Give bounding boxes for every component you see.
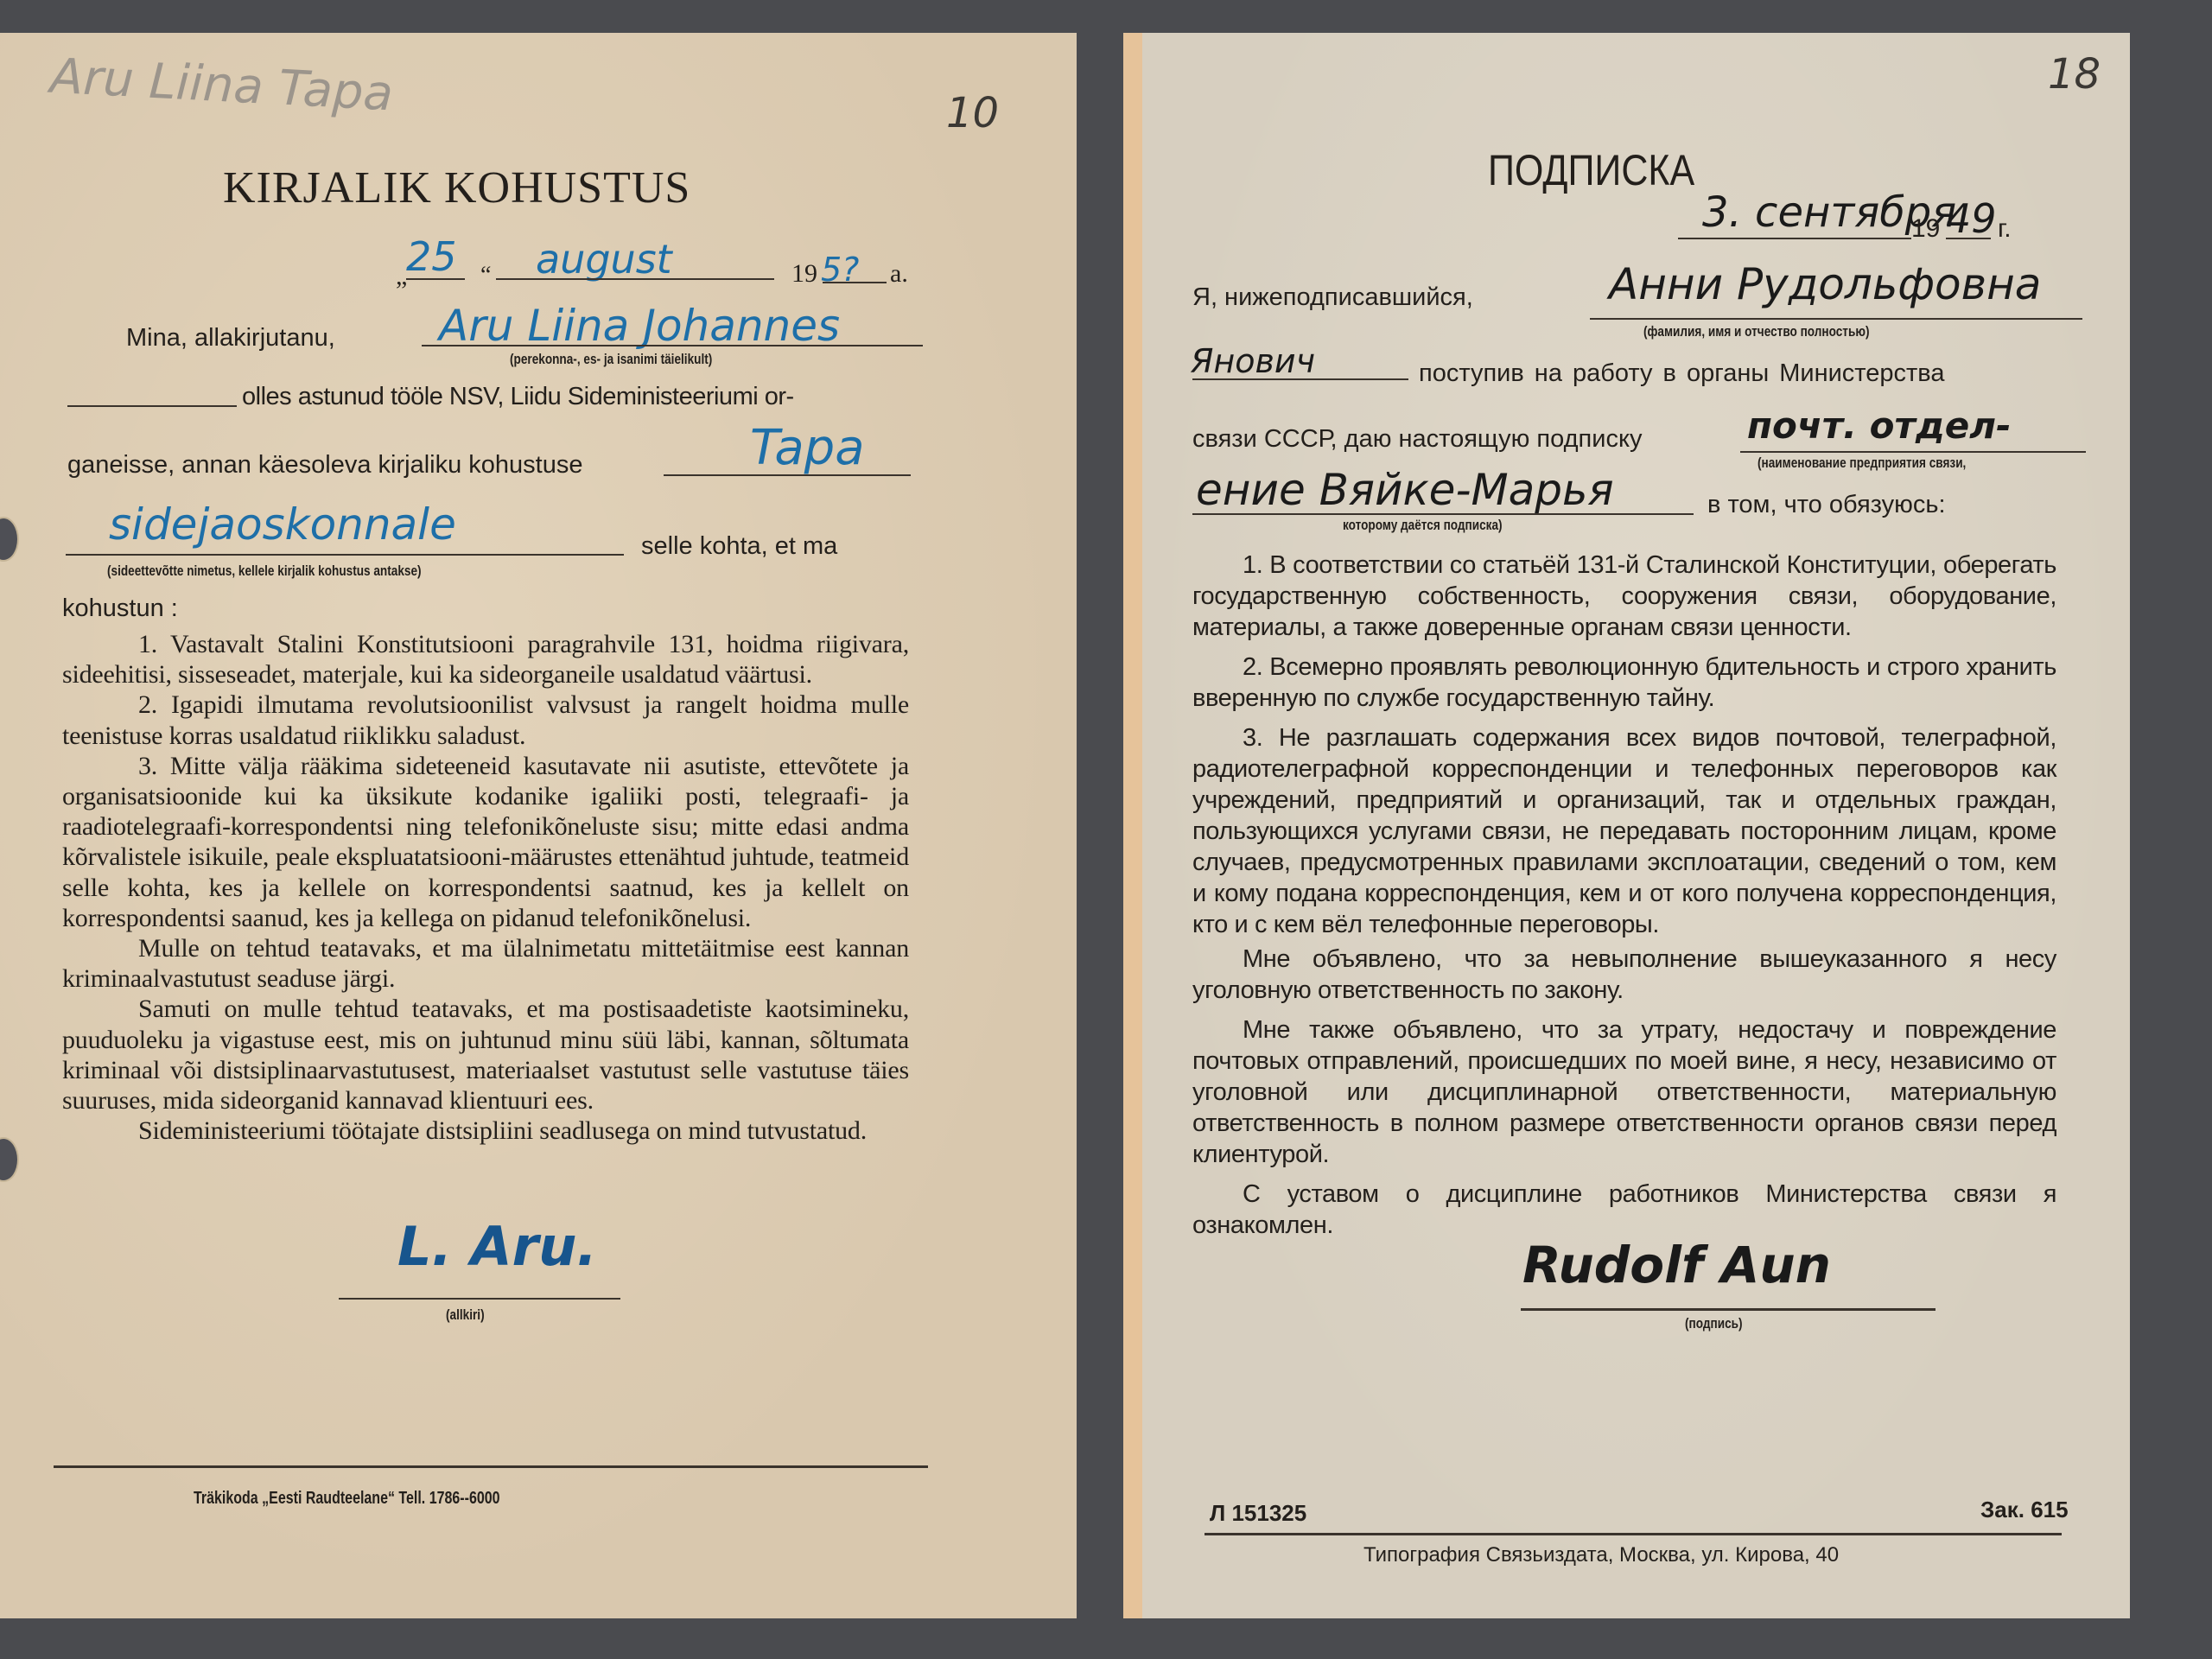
obligation-intro: kohustun : xyxy=(62,594,178,623)
org-handwritten-1: почт. отдел- xyxy=(1747,404,2011,447)
signature-line xyxy=(339,1298,620,1300)
date-day-handwritten: 25 xyxy=(406,233,457,280)
org-handwritten-1: Tapa xyxy=(750,420,865,476)
obligation-paragraph: Мне объявлено, что за невыполнение вышеу… xyxy=(1192,944,2056,1006)
order-number: Зак. 615 xyxy=(1980,1497,2069,1523)
obligation-paragraph: Мне также объявлено, что за утрату, недо… xyxy=(1192,1014,2056,1170)
obligation-paragraph: Mulle on tehtud teatavaks, et ma ülalnim… xyxy=(62,933,909,994)
obligation-paragraph: 1. Vastavalt Stalini Konstitutsiooni par… xyxy=(62,629,909,690)
obligation-paragraph: 3. Mitte välja rääkima sideteeneid kasut… xyxy=(62,751,909,933)
name-caption: (perekonna-, es- ja isanimi täielikult) xyxy=(510,351,712,368)
signature-handwritten: Rudolf Aun xyxy=(1522,1236,1831,1294)
org-caption-1: (наименование предприятия связи, xyxy=(1758,454,1966,472)
date-suffix: г. xyxy=(1998,214,2012,244)
date-month-line xyxy=(496,278,774,280)
form-number: Л 151325 xyxy=(1210,1500,1306,1527)
obligation-paragraph: 3. Не разглашать содержания всех видов п… xyxy=(1192,722,2056,940)
org-handwritten-2: ение Вяйке-Марья xyxy=(1196,465,1614,515)
org-caption-2: которому даётся подписка) xyxy=(1343,517,1503,534)
surname-trailing: поступив на работу в органы Министерства xyxy=(1419,359,1945,388)
date-year-handwritten: 49 xyxy=(1946,195,1997,242)
org-caption: (sideettevõtte nimetus, kellele kirjalik… xyxy=(107,563,422,580)
date-suffix: a. xyxy=(890,259,908,289)
date-month-handwritten: august xyxy=(536,236,672,283)
date-day-line xyxy=(406,278,465,280)
org-label: ganeisse, annan käesoleva kirjaliku kohu… xyxy=(67,451,582,480)
name-handwritten: Aru Liina Johannes xyxy=(439,301,840,351)
obligation-paragraph: 2. Всемерно проявлять революционную бдит… xyxy=(1192,652,2056,714)
punch-hole xyxy=(0,1137,19,1182)
page-number: 10 xyxy=(946,89,999,137)
signature-caption: (allkiri) xyxy=(446,1306,485,1324)
name-line xyxy=(422,345,923,346)
signature-line xyxy=(1521,1308,1935,1311)
org-line-2 xyxy=(1192,513,1694,515)
date-year-line xyxy=(1946,238,1991,239)
org-line-1 xyxy=(664,474,911,476)
obligation-body: 1. Vastavalt Stalini Konstitutsiooni par… xyxy=(62,629,909,1146)
right-document-page: 18 ПОДПИСКА 3. сентября 19 49 г. Я, ниже… xyxy=(1142,33,2130,1618)
date-year-prefix: 19 xyxy=(1911,214,1940,244)
surname-handwritten: Янович xyxy=(1191,342,1315,380)
employment-text: olles astunud tööle NSV, Liidu Sideminis… xyxy=(242,383,794,411)
obligation-paragraph: 1. В соответствии со статьёй 131-й Стали… xyxy=(1192,550,2056,643)
footer-rule xyxy=(54,1465,928,1468)
obligation-paragraph: С уставом о дисциплине работников Минист… xyxy=(1192,1179,2056,1241)
org-label: связи СССР, даю настоящую подписку xyxy=(1192,425,1642,454)
org-line-1 xyxy=(1740,451,2086,453)
binding-strip xyxy=(1123,33,1143,1618)
org-trailing: selle kohta, et ma xyxy=(641,532,837,561)
date-year-line xyxy=(823,282,887,283)
punch-hole xyxy=(0,517,19,562)
signature-caption: (подпись) xyxy=(1685,1315,1743,1332)
signature-handwritten: L. Aru. xyxy=(397,1215,597,1278)
name-caption: (фамилия, имя и отчество полностью) xyxy=(1643,323,1869,340)
pencil-note: Aru Liina Tapa xyxy=(49,48,395,123)
name-line xyxy=(1590,318,2082,320)
printer-line: Типография Связьиздата, Москва, ул. Киро… xyxy=(1363,1543,1839,1567)
name-handwritten: Анни Рудольфовна xyxy=(1609,259,2041,309)
obligation-paragraph: Samuti on mulle tehtud teatavaks, et ma … xyxy=(62,994,909,1116)
org-trailing: в том, что обязуюсь: xyxy=(1707,491,1946,519)
date-close-quote: “ xyxy=(480,262,491,289)
page-number: 18 xyxy=(2048,50,2101,99)
name-label: Mina, allakirjutanu, xyxy=(126,324,335,353)
org-handwritten-2: sidejaoskonnale xyxy=(109,499,456,550)
surname-line xyxy=(1192,378,1408,380)
org-line-2 xyxy=(66,554,624,556)
obligation-paragraph: 2. Igapidi ilmutama revolutsioonilist va… xyxy=(62,690,909,750)
name-label: Я, нижеподписавшийся, xyxy=(1192,283,1473,312)
date-line xyxy=(1678,238,1911,239)
obligation-paragraph: Sideministeeriumi töötajate distsipliini… xyxy=(62,1116,909,1146)
document-title: KIRJALIK KOHUSTUS xyxy=(223,162,690,213)
footer-rule xyxy=(1205,1533,2062,1535)
employment-blank-line xyxy=(67,405,237,407)
obligation-body: 1. В соответствии со статьёй 131-й Стали… xyxy=(1192,550,2056,1249)
date-year-prefix: 19 xyxy=(791,259,817,289)
left-document-page: Aru Liina Tapa 10 KIRJALIK KOHUSTUS „ 25… xyxy=(0,33,1077,1618)
printer-line: Träkikoda „Eesti Raudteelane“ Tell. 1786… xyxy=(194,1489,500,1509)
document-title: ПОДПИСКА xyxy=(1488,145,1694,195)
